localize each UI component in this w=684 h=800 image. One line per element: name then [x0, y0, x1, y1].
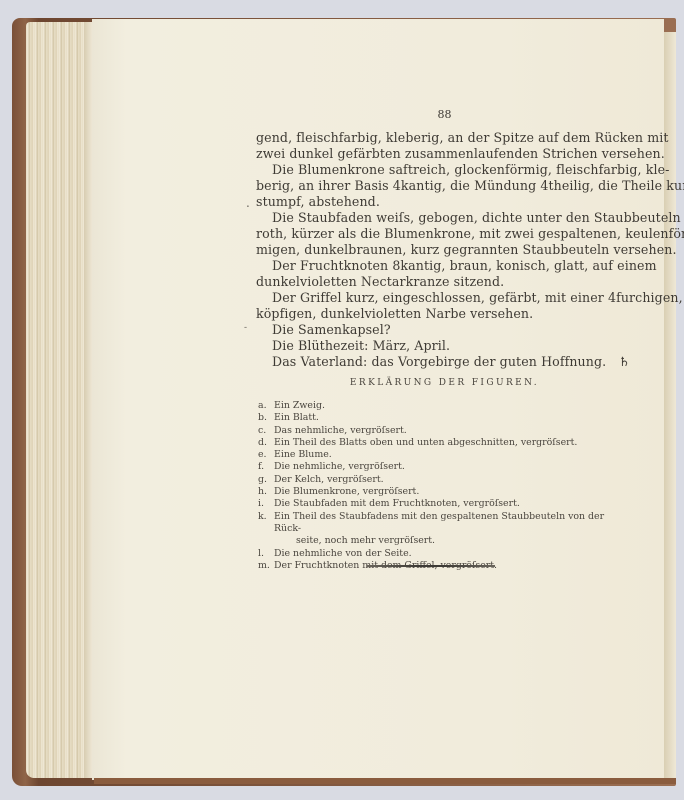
text-line: Die Blumenkrone saftreich, glockenförmig…: [256, 162, 633, 178]
figure-description: Ein Blatt.: [274, 412, 633, 424]
text-line: roth, kürzer als die Blumenkrone, mit zw…: [256, 226, 633, 242]
figure-legend-item: c.Das nehmliche, vergröſsert.: [256, 425, 633, 437]
paragraph-continuation: gend, fleischfarbig, kleberig, an der Sp…: [256, 130, 633, 162]
text-line: gend, fleischfarbig, kleberig, an der Sp…: [256, 130, 633, 146]
figure-legend-item: b.Ein Blatt.: [256, 412, 633, 424]
figure-description: Die nehmliche, vergröſsert.: [274, 461, 633, 473]
figure-legend-item: g.Der Kelch, vergröſsert.: [256, 474, 633, 486]
figure-legend-item: f.Die nehmliche, vergröſsert.: [256, 461, 633, 473]
text-line: migen, dunkelbraunen, kurz gegrannten St…: [256, 242, 633, 258]
paragraph-staubfaden: Die Staubfaden weiſs, gebogen, dichte un…: [256, 210, 633, 258]
text-line: berig, an ihrer Basis 4kantig, die Mündu…: [256, 178, 633, 194]
figure-description: Ein Theil des Blatts oben und unten abge…: [274, 437, 633, 449]
text-line: dunkelvioletten Nectarkranze sitzend.: [256, 274, 633, 290]
text-line: Der Griffel kurz, eingeschlossen, gefärb…: [256, 290, 633, 306]
paragraph-vaterland: Das Vaterland: das Vorgebirge der guten …: [256, 354, 633, 370]
margin-mark: .: [246, 196, 250, 210]
figure-letter: c.: [258, 425, 274, 437]
figure-letter: i.: [258, 498, 274, 510]
figure-description: Ein Theil des Staubfadens mit den gespal…: [274, 511, 633, 536]
paragraph-blumenkrone: Die Blumenkrone saftreich, glockenförmig…: [256, 162, 633, 210]
figure-legend-item: i.Die Staubfaden mit dem Fruchtknoten, v…: [256, 498, 633, 510]
figure-letter: e.: [258, 449, 274, 461]
text-line: Die Samenkapsel?: [272, 322, 633, 338]
page-text-block: 88 gend, fleischfarbig, kleberig, an der…: [256, 108, 633, 572]
paragraph-griffel: Der Griffel kurz, eingeschlossen, gefärb…: [256, 290, 633, 322]
figure-letter: d.: [258, 437, 274, 449]
margin-mark: -: [244, 323, 247, 333]
figure-letter: a.: [258, 400, 274, 412]
figure-description: Die Blumenkrone, vergröſsert.: [274, 486, 633, 498]
figure-legend-item: k.Ein Theil des Staubfadens mit den gesp…: [256, 511, 633, 536]
figure-legend-list: a.Ein Zweig. b.Ein Blatt. c.Das nehmlich…: [256, 400, 633, 572]
figure-letter: h.: [258, 486, 274, 498]
figure-description: Die nehmliche von der Seite.: [274, 548, 633, 560]
figure-description: Ein Zweig.: [274, 400, 633, 412]
figure-description: Der Kelch, vergröſsert.: [274, 474, 633, 486]
end-rule-divider: [367, 565, 495, 567]
figure-legend-item: l.Die nehmliche von der Seite.: [256, 548, 633, 560]
section-heading: ERKLÄRUNG DER FIGUREN.: [256, 378, 633, 388]
figure-letter: f.: [258, 461, 274, 473]
figure-description: Eine Blume.: [274, 449, 633, 461]
figure-legend-item: e.Eine Blume.: [256, 449, 633, 461]
figure-letter: m.: [258, 560, 274, 572]
figure-legend-item: d.Ein Theil des Blatts oben und unten ab…: [256, 437, 633, 449]
figure-letter: g.: [258, 474, 274, 486]
paragraph-samenkapsel: Die Samenkapsel?: [256, 322, 633, 338]
text-line: Das Vaterland: das Vorgebirge der guten …: [272, 354, 633, 370]
figure-description: Die Staubfaden mit dem Fruchtknoten, ver…: [274, 498, 633, 510]
paragraph-fruchtknoten: Der Fruchtknoten 8kantig, braun, konisch…: [256, 258, 633, 290]
paragraph-bluethezeit: Die Blüthezeit: März, April.: [256, 338, 633, 354]
figure-letter: l.: [258, 548, 274, 560]
description-body: gend, fleischfarbig, kleberig, an der Sp…: [256, 130, 633, 370]
text-line: stumpf, abstehend.: [256, 194, 633, 210]
text-line: Der Fruchtknoten 8kantig, braun, konisch…: [256, 258, 633, 274]
text-line: Die Blüthezeit: März, April.: [272, 338, 633, 354]
page-stack-edge: [26, 22, 90, 778]
bottom-cover-edge: [94, 778, 676, 784]
figure-description-continued: seite, noch mehr vergröſsert.: [258, 535, 435, 547]
figure-letter: k.: [258, 511, 274, 536]
text-line: Die Staubfaden weiſs, gebogen, dichte un…: [256, 210, 633, 226]
text-line: zwei dunkel gefärbten zusammenlaufenden …: [256, 146, 633, 162]
figure-legend-item: a.Ein Zweig.: [256, 400, 633, 412]
figure-letter: b.: [258, 412, 274, 424]
figure-legend-continuation: seite, noch mehr vergröſsert.: [256, 535, 633, 547]
figure-legend-item: h.Die Blumenkrone, vergröſsert.: [256, 486, 633, 498]
page-number: 88: [256, 108, 633, 130]
figure-description: Das nehmliche, vergröſsert.: [274, 425, 633, 437]
text-line: köpfigen, dunkelvioletten Narbe versehen…: [256, 306, 633, 322]
